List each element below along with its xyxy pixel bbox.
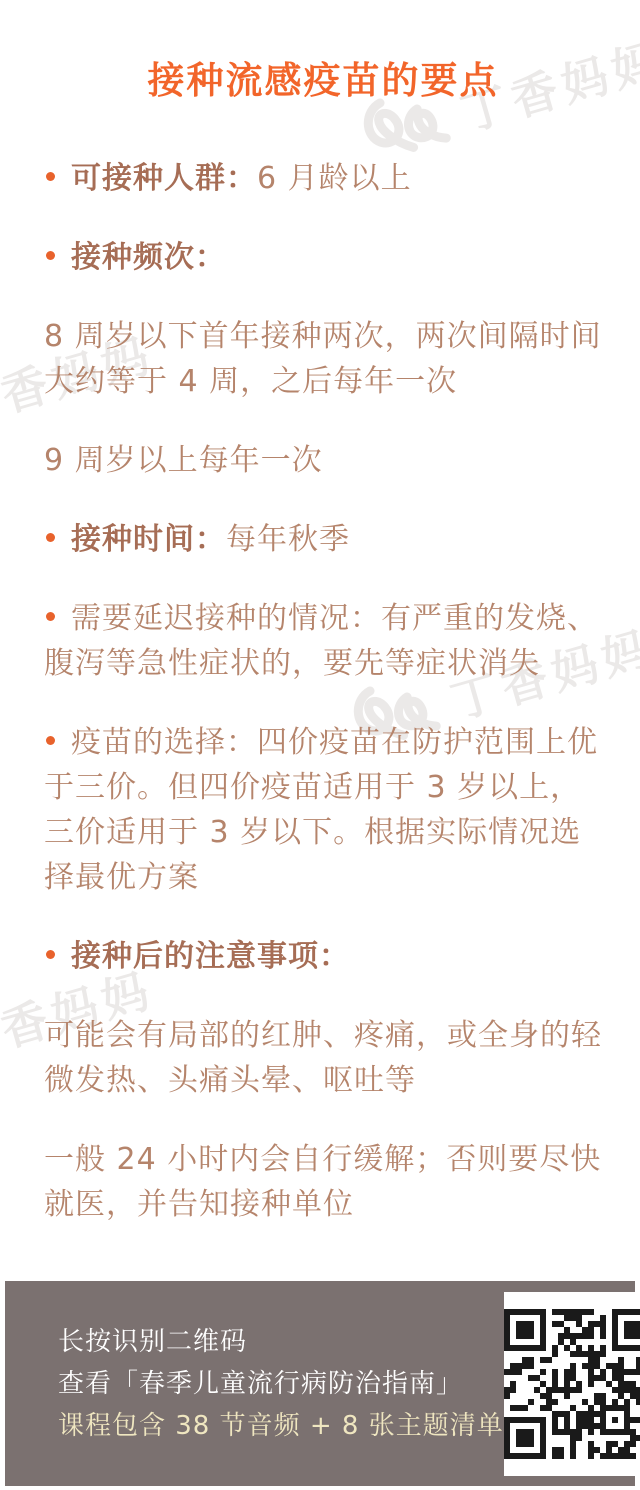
bullet-dot-icon [46,612,55,621]
bullet-label: 可接种人群： [71,161,257,196]
bullet-text: 疫苗的选择：四价疫苗在防护范围上优于三价。但四价疫苗适用于 3 岁以上，三价适用… [44,725,598,895]
bullet-label: 接种时间： [71,522,226,557]
qr-code[interactable] [504,1292,640,1476]
bullet-item-eligible-people: 可接种人群：6 月龄以上 [44,156,602,201]
bullet-dot-icon [46,251,55,260]
bullet-dot-icon [46,736,55,745]
bullet-item-frequency: 接种频次： [44,235,602,280]
bullet-item-timing: 接种时间：每年秋季 [44,517,602,562]
bullet-dot-icon [46,533,55,542]
paragraph-side-effects: 可能会有局部的红肿、疼痛，或全身的轻微发热、头痛头晕、呕吐等 [44,1013,602,1103]
paragraph-relief-advice: 一般 24 小时内会自行缓解；否则要尽快就医，并告知接种单位 [44,1137,602,1227]
footer-line-guide-title: 查看「春季儿童流行病防治指南」 [58,1363,504,1405]
bullet-label: 接种后的注意事项： [71,939,350,974]
content-area: 接种流感疫苗的要点 可接种人群：6 月龄以上 接种频次： 8 周岁以下首年接种两… [0,0,640,1261]
footer-line-scan-hint: 长按识别二维码 [58,1321,504,1363]
page-title: 接种流感疫苗的要点 [44,50,602,104]
bullet-dot-icon [46,950,55,959]
bullet-dot-icon [46,172,55,181]
paragraph-under-8-schedule: 8 周岁以下首年接种两次，两次间隔时间大约等于 4 周，之后每年一次 [44,314,602,404]
footer-text-block: 长按识别二维码 查看「春季儿童流行病防治指南」 课程包含 38 节音频 + 8 … [58,1321,504,1447]
bullet-item-post-vaccine-notes: 接种后的注意事项： [44,934,602,979]
bullet-label: 接种频次： [71,240,226,275]
bullet-text: 每年秋季 [226,522,350,557]
bullet-item-delay-cases: 需要延迟接种的情况：有严重的发烧、腹泻等急性症状的，要先等症状消失 [44,596,602,686]
poster-page: 丁香妈妈 丁香妈妈 丁香妈妈 丁香妈妈 接种流感疫苗的要点 可接种人群：6 月龄… [0,0,640,1490]
paragraph-over-9-schedule: 9 周岁以上每年一次 [44,438,602,483]
bullet-text: 需要延迟接种的情况：有严重的发烧、腹泻等急性症状的，要先等症状消失 [44,601,598,681]
bullet-item-vaccine-choice: 疫苗的选择：四价疫苗在防护范围上优于三价。但四价疫苗适用于 3 岁以上，三价适用… [44,720,602,900]
bullet-text: 6 月龄以上 [257,161,412,196]
footer-line-course-info: 课程包含 38 节音频 + 8 张主题清单 [58,1405,504,1447]
footer-banner: 长按识别二维码 查看「春季儿童流行病防治指南」 课程包含 38 节音频 + 8 … [5,1281,635,1486]
